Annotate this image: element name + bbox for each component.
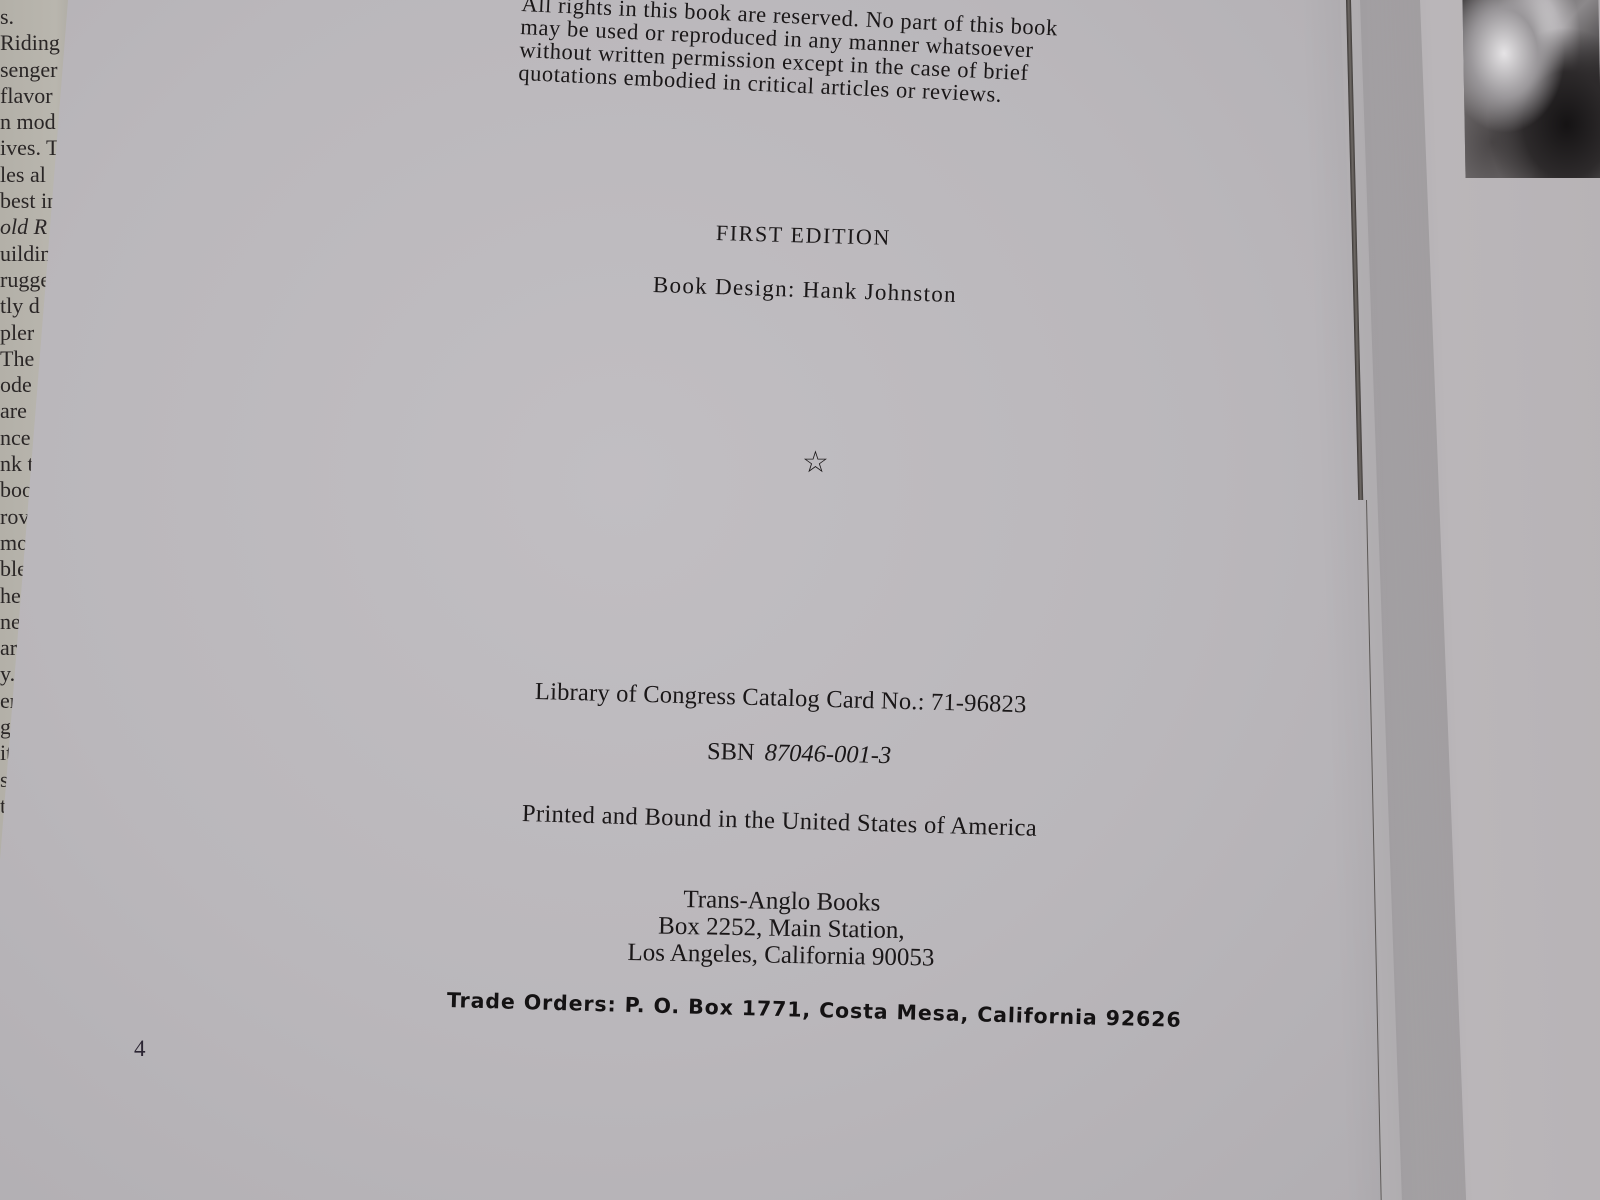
publisher-block: Trans-Anglo Books Box 2252, Main Station… (627, 885, 935, 972)
text-fragment: best in (0, 188, 60, 214)
text-fragment: flavor (0, 83, 60, 109)
text-fragment: n mod (0, 109, 60, 135)
star-ornament-icon: ☆ (802, 448, 829, 478)
edition-heading: FIRST EDITION (716, 220, 892, 251)
text-fragment: les al (0, 162, 60, 188)
sbn-line: SBN87046-001-3 (707, 738, 892, 770)
text-fragment: senger (0, 57, 60, 83)
sbn-number: 87046-001-3 (764, 739, 891, 769)
text-fragment: s. (0, 4, 60, 30)
rocky-terrain-photo (1462, 0, 1600, 178)
sbn-label: SBN (707, 738, 755, 766)
book-spread-photo: s. Riding senger flavor n mod ives. T le… (0, 0, 1600, 1200)
text-fragment: ives. T (0, 135, 60, 161)
text-fragment: Riding (0, 30, 60, 56)
page-number: 4 (134, 1036, 146, 1062)
publisher-address-2: Los Angeles, California 90053 (627, 939, 934, 972)
